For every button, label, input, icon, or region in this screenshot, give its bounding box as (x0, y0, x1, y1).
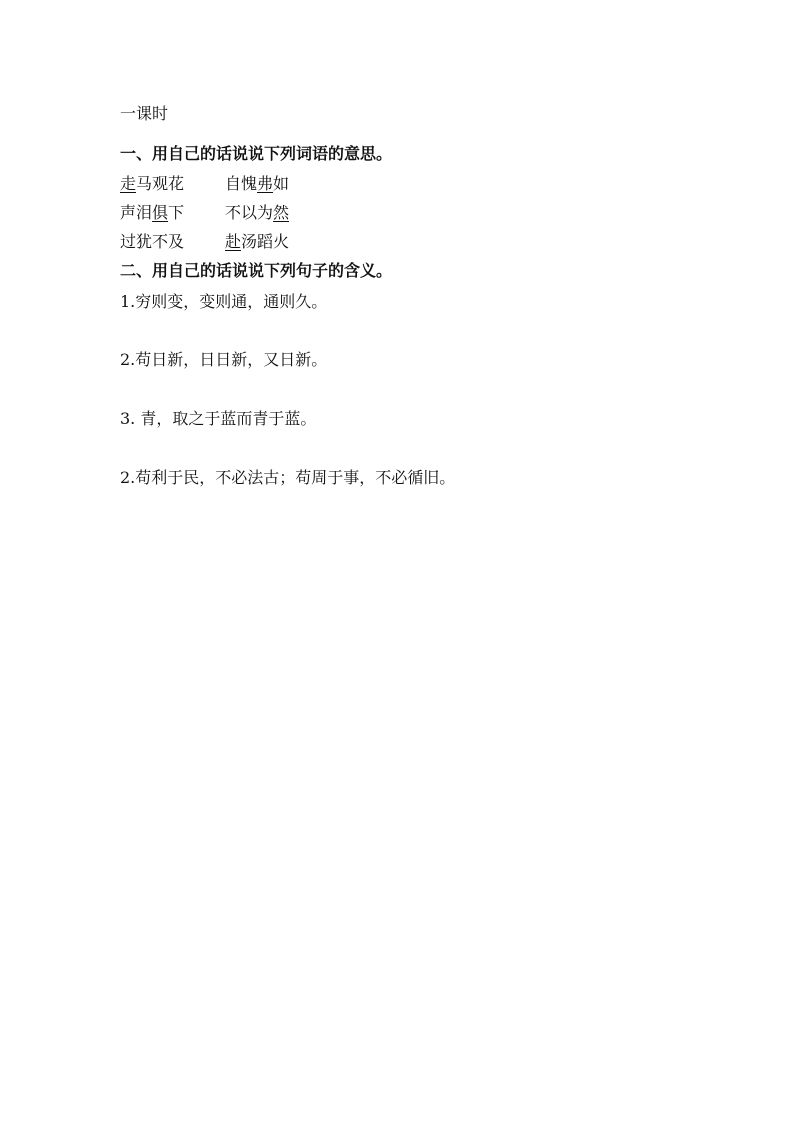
idiom: 声泪俱下 (120, 203, 184, 222)
section1-heading: 一、用自己的话说说下列词语的意思。 (120, 143, 392, 165)
sentence: 3. 青，取之于蓝而青于蓝。 (120, 408, 316, 430)
idiom: 赴汤蹈火 (225, 231, 289, 253)
section2-heading: 二、用自己的话说说下列句子的含义。 (120, 260, 392, 282)
idiom: 自愧弗如 (225, 173, 289, 195)
idiom-row: 过犹不及 赴汤蹈火 (120, 231, 420, 253)
idiom: 不以为然 (225, 202, 289, 224)
sentence: 2.苟利于民，不必法古；苟周于事，不必循旧。 (120, 467, 455, 489)
idiom-row: 声泪俱下 不以为然 (120, 202, 420, 224)
sentence: 1.穷则变，变则通，通则久。 (120, 291, 327, 313)
idiom: 过犹不及 (120, 232, 184, 251)
lesson-label: 一课时 (120, 103, 168, 125)
idiom: 走马观花 (120, 174, 184, 193)
idiom-row: 走马观花 自愧弗如 (120, 173, 420, 195)
sentence: 2.苟日新，日日新，又日新。 (120, 349, 327, 371)
